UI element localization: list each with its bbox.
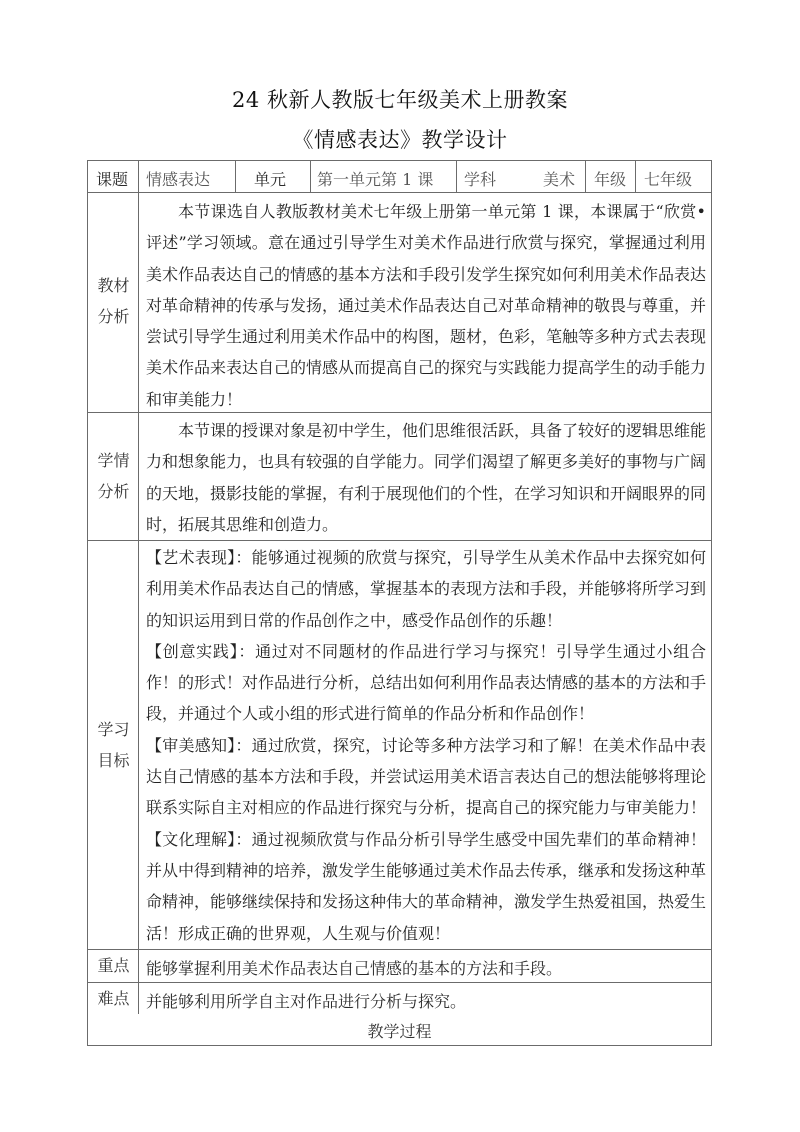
header-column-divider [310,161,311,192]
document-title: 24 秋新人教版七年级美术上册教案 [0,84,800,114]
key-point-label: 重点 [88,950,139,981]
grade-value: 七年级 [644,167,692,190]
header-column-divider [456,161,457,192]
lesson-plan-table: 课题 情感表达 单元 第一单元第 1 课 学科 美术 年级 七年级 教材 分析 … [87,160,712,1046]
teaching-process-heading: 教学过程 [88,1019,711,1042]
student-analysis-text: 本节课的授课对象是初中学生，他们思维很活跃，具备了较好的逻辑思维能力和想象能力，… [146,415,706,540]
difficulty-text: 并能够利用所学自主对作品进行分析与探究。 [146,989,466,1012]
difficulty-label: 难点 [88,983,139,1014]
goal-art-expression: 【艺术表现】：能够通过视频的欣赏与探究，引导学生从美术作品中去探究如何利用美术作… [146,542,706,636]
key-point-text: 能够掌握利用美术作品表达自己情感的基本的方法和手段。 [146,956,562,979]
header-column-divider [585,161,586,192]
row-divider [88,949,711,950]
grade-label: 年级 [594,167,626,190]
learning-goals-label: 学习 目标 [88,714,139,776]
goal-aesthetic-perception: 【审美感知】：通过欣赏，探究，讨论等多种方法学习和了解！在美术作品中表达自己情感… [146,730,706,824]
row-divider [88,982,711,983]
subject-label: 学科 [464,167,496,190]
subject-value: 美术 [543,167,575,190]
material-analysis-text: 本节课选自人教版教材美术七年级上册第一单元第 1 课，本课属于“欣赏•评述”学习… [146,196,706,415]
topic-label: 课题 [96,167,128,190]
header-column-divider [635,161,636,192]
unit-label: 单元 [254,167,286,190]
material-analysis-label: 教材 分析 [88,270,139,332]
learning-goals-list: 【艺术表现】：能够通过视频的欣赏与探究，引导学生从美术作品中去探究如何利用美术作… [146,542,706,949]
row-divider [88,192,711,193]
topic-value: 情感表达 [146,167,210,190]
document-subtitle: 《情感表达》教学设计 [0,124,800,154]
unit-value: 第一单元第 1 课 [317,167,433,190]
goal-creative-practice: 【创意实践】：通过对不同题材的作品进行学习与探究！引导学生通过小组合作！的形式！… [146,636,706,730]
header-column-divider [235,161,236,192]
student-analysis-label: 学情 分析 [88,445,139,507]
goal-cultural-understanding: 【文化理解】：通过视频欣赏与作品分析引导学生感受中国先辈们的革命精神！并从中得到… [146,824,706,949]
